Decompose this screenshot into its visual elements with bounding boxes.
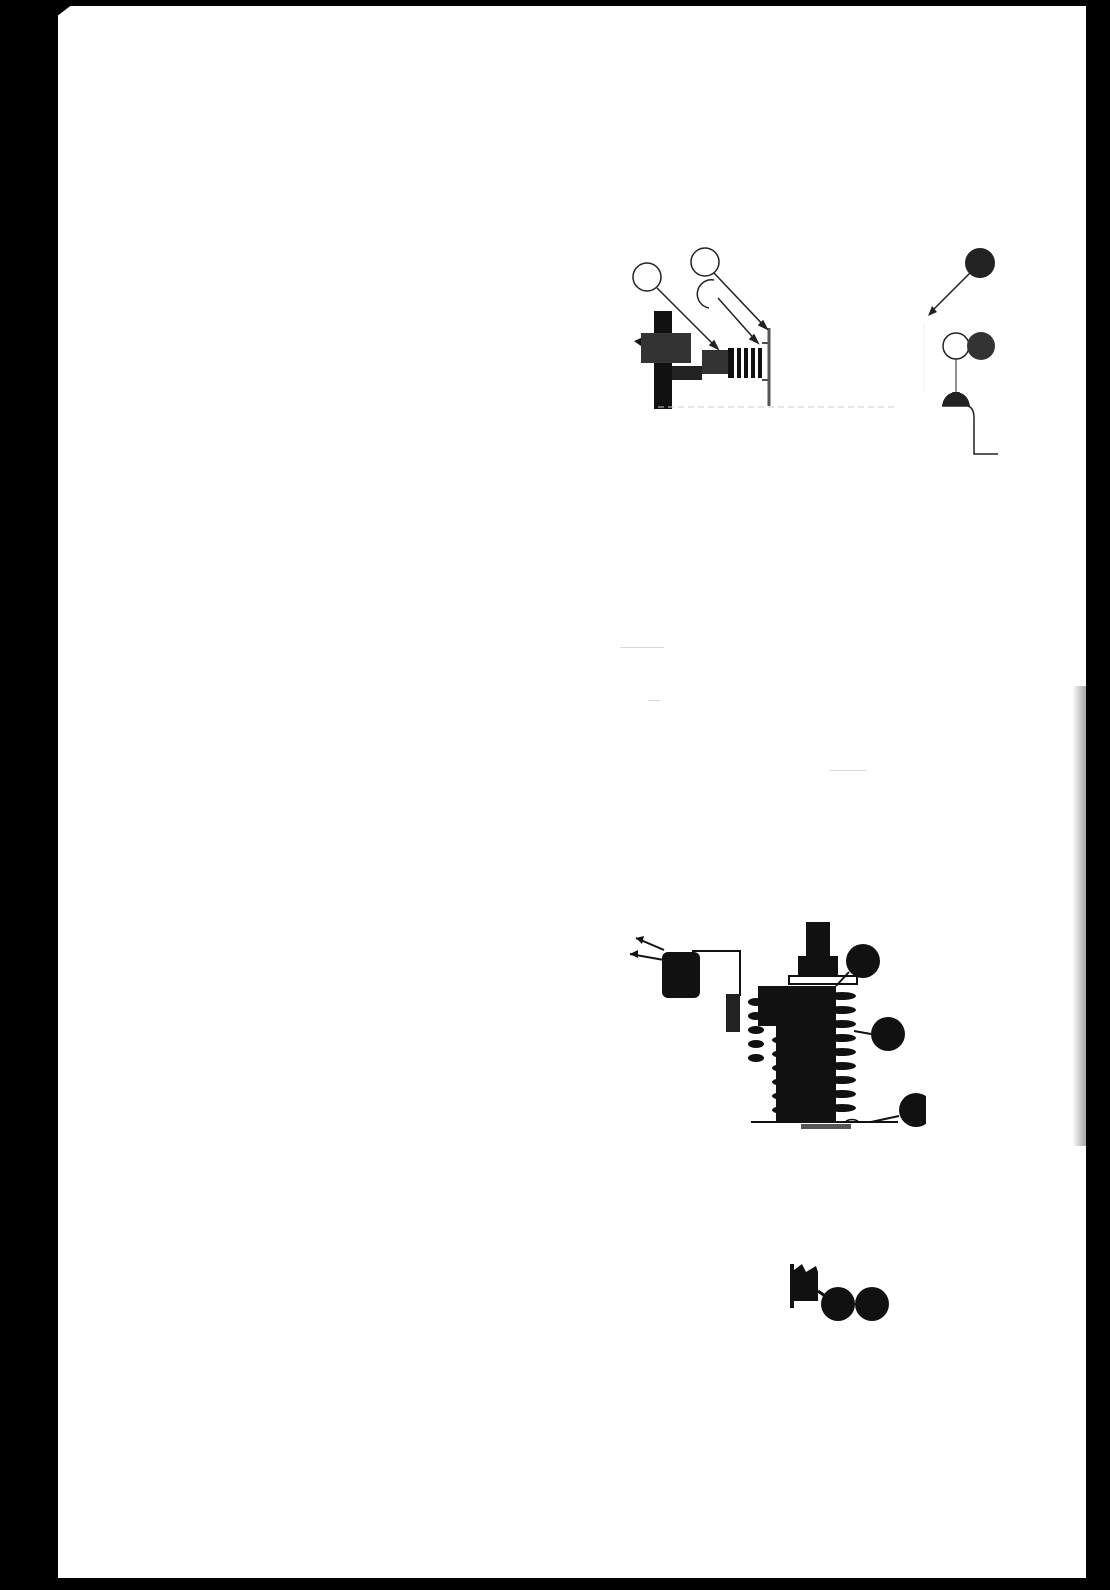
scan-speck	[648, 700, 660, 701]
lock-pieces	[630, 936, 740, 1032]
document-page	[58, 6, 1086, 1578]
figure-top-diagram	[606, 228, 1006, 468]
cap-detail	[924, 248, 998, 454]
scan-speck	[830, 770, 866, 771]
scan-speck	[620, 647, 664, 648]
small-bracket	[790, 1264, 889, 1321]
figure-bottom-diagram	[606, 886, 926, 1326]
scan-edge-shadow	[1072, 686, 1086, 1146]
